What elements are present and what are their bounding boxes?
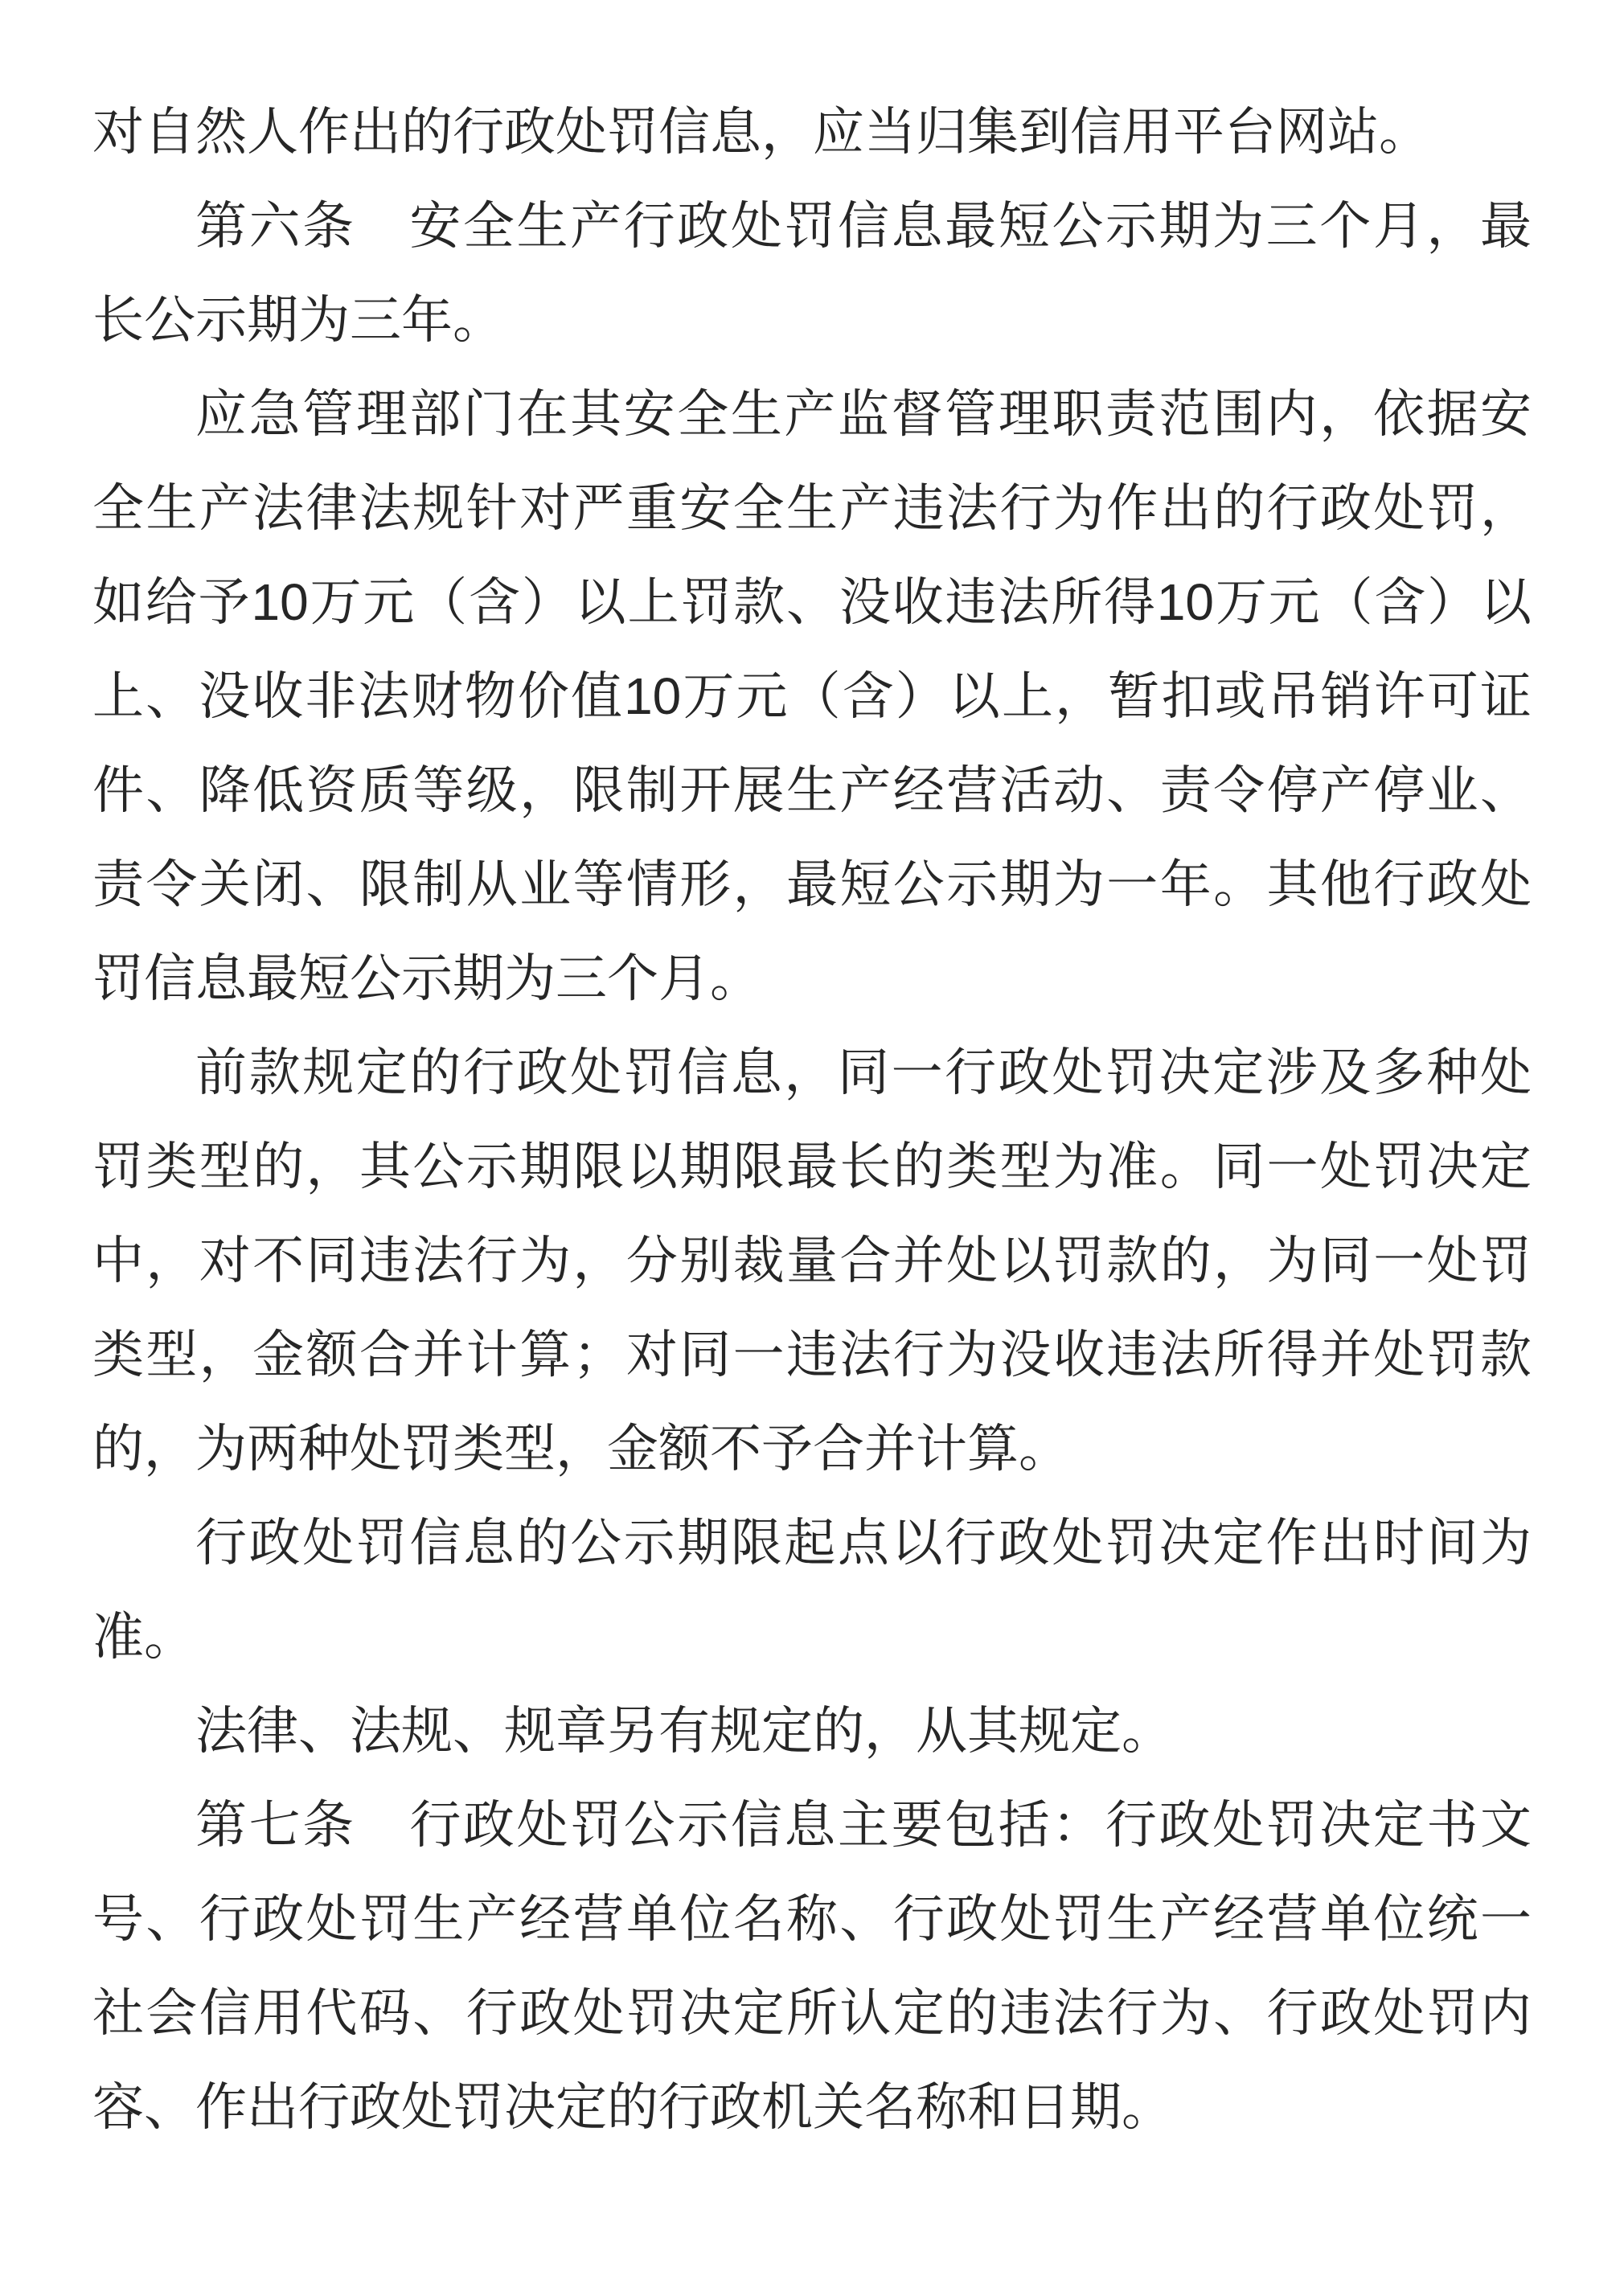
text-line: 件、降低资质等级，限制开展生产经营活动、责令停产停业、 <box>92 744 1532 838</box>
text-line: 应急管理部门在其安全生产监督管理职责范围内，依据安 <box>92 367 1532 461</box>
text-line: 容、作出行政处罚决定的行政机关名称和日期。 <box>92 2060 1532 2155</box>
text-line: 的，为两种处罚类型，金额不予合并计算。 <box>92 1402 1532 1496</box>
text-line: 类型，金额合并计算；对同一违法行为没收违法所得并处罚款 <box>92 1308 1532 1402</box>
text-line: 号、行政处罚生产经营单位名称、行政处罚生产经营单位统一 <box>92 1872 1532 1966</box>
text-line: 第六条 安全生产行政处罚信息最短公示期为三个月，最 <box>92 179 1532 273</box>
text-line: 准。 <box>92 1590 1532 1684</box>
text-line: 长公示期为三年。 <box>92 273 1532 367</box>
text-line: 社会信用代码、行政处罚决定所认定的违法行为、行政处罚内 <box>92 1966 1532 2060</box>
text-line: 上、没收非法财物价值10万元（含）以上，暂扣或吊销许可证 <box>92 650 1532 744</box>
text-line: 罚类型的，其公示期限以期限最长的类型为准。同一处罚决定 <box>92 1120 1532 1214</box>
text-line: 如给予10万元（含）以上罚款、没收违法所得10万元（含）以 <box>92 556 1532 650</box>
text-line: 第七条 行政处罚公示信息主要包括：行政处罚决定书文 <box>92 1778 1532 1872</box>
text-line: 前款规定的行政处罚信息，同一行政处罚决定涉及多种处 <box>92 1026 1532 1120</box>
text-line: 对自然人作出的行政处罚信息，应当归集到信用平台网站。 <box>92 85 1532 179</box>
text-line: 责令关闭、限制从业等情形，最短公示期为一年。其他行政处 <box>92 838 1532 932</box>
text-line: 法律、法规、规章另有规定的，从其规定。 <box>92 1684 1532 1778</box>
text-line: 行政处罚信息的公示期限起点以行政处罚决定作出时间为 <box>92 1496 1532 1590</box>
text-line: 罚信息最短公示期为三个月。 <box>92 932 1532 1026</box>
text-line: 全生产法律法规针对严重安全生产违法行为作出的行政处罚， <box>92 461 1532 556</box>
document-page: 对自然人作出的行政处罚信息，应当归集到信用平台网站。 第六条 安全生产行政处罚信… <box>0 0 1624 2296</box>
text-line: 中，对不同违法行为，分别裁量合并处以罚款的，为同一处罚 <box>92 1214 1532 1308</box>
